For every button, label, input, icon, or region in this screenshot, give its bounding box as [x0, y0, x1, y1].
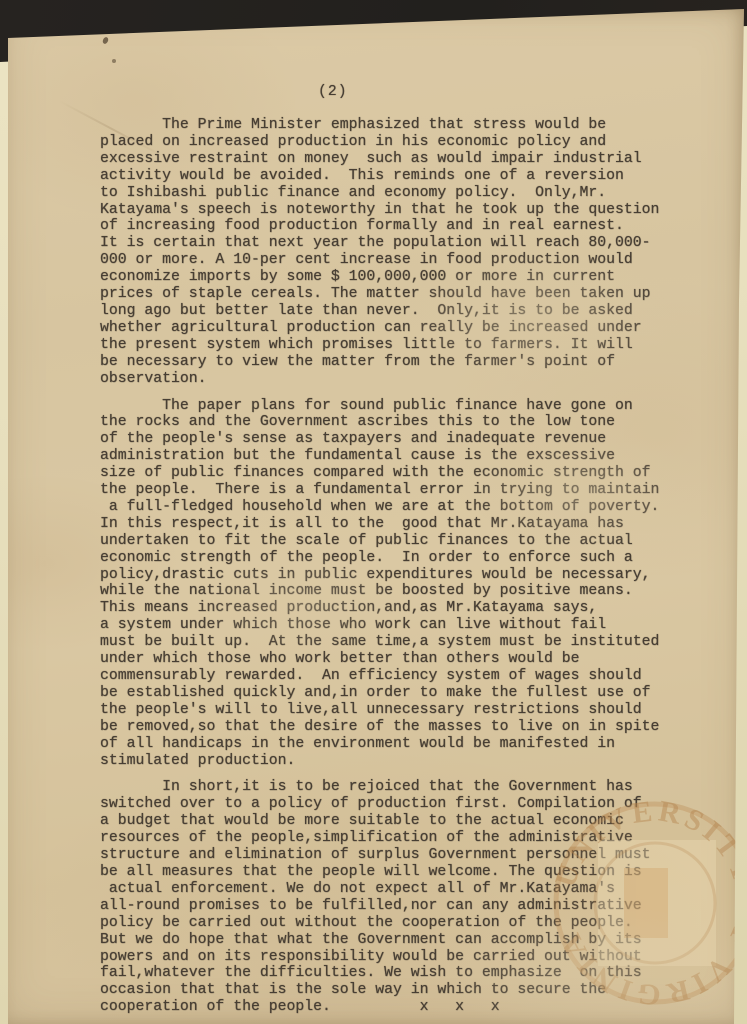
paragraph-2: The paper plans for sound public finance…: [100, 398, 700, 770]
page-number: (2): [318, 84, 348, 101]
paper-speck: [112, 59, 116, 63]
document-page: (2) The Prime Minister emphasized that s…: [0, 0, 747, 1024]
paper-speck: [102, 36, 109, 44]
stamp-center-block: [624, 868, 668, 938]
paragraph-1: The Prime Minister emphasized that stres…: [100, 117, 700, 388]
university-of-virginia-stamp-icon: UNIVERSITY OF VIRGINIA: [540, 788, 747, 1018]
scanned-document-scene: (2) The Prime Minister emphasized that s…: [0, 0, 747, 1024]
